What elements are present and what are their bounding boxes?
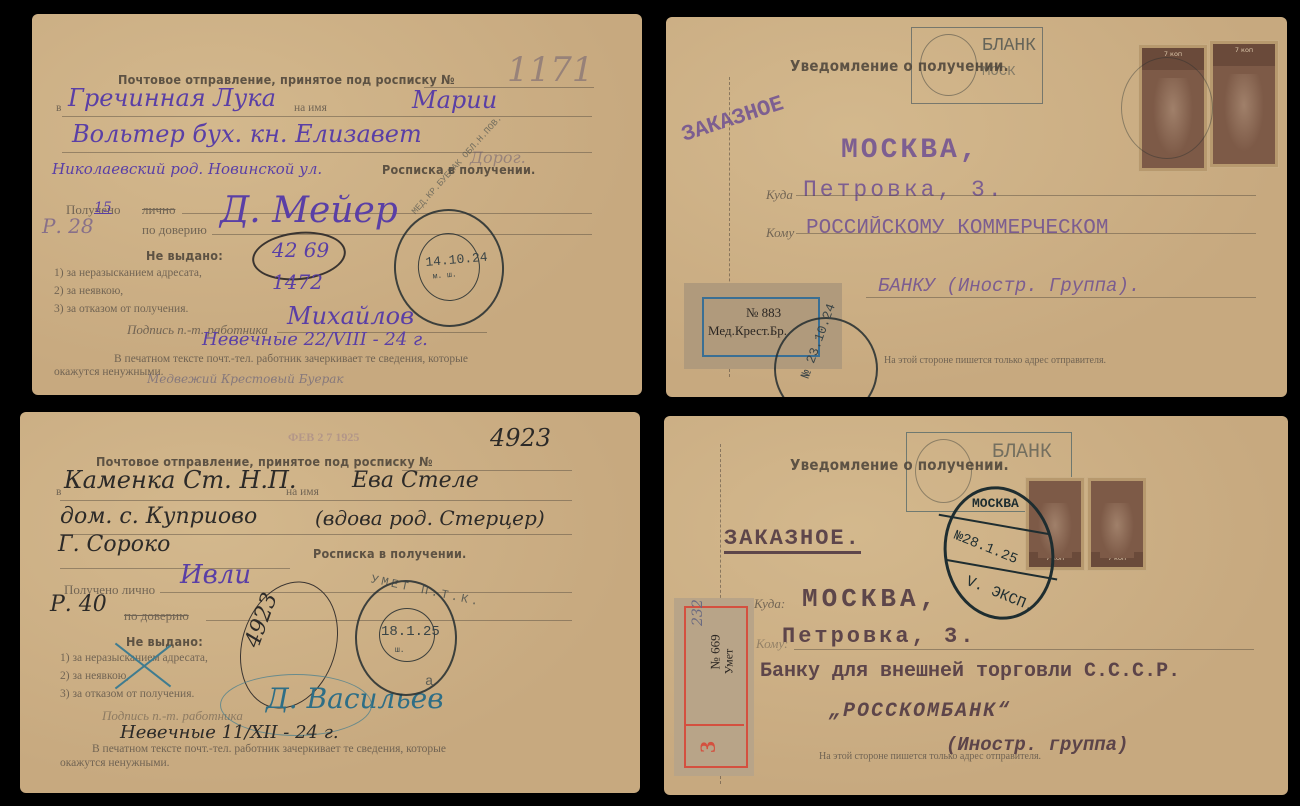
rule xyxy=(160,592,572,593)
reg-number: № 883 xyxy=(746,305,781,321)
reg-office: Мед.Крест.Бр. xyxy=(708,323,787,339)
rule xyxy=(60,500,572,501)
hw-date-line: Невечные 22/VIII - 24 г. xyxy=(202,329,428,350)
not-issued-heading: Не выдано: xyxy=(146,248,223,263)
postmark-letter: а xyxy=(425,674,433,690)
faint-date-stamp: ФЕВ 2 7 1925 xyxy=(288,430,359,445)
hw-1472: 1472 xyxy=(272,270,323,294)
komu-label: Кому: xyxy=(756,636,788,652)
hw-number: 4923 xyxy=(490,424,551,452)
footnote-line2: окажутся ненужными. xyxy=(60,757,170,769)
reason-1: 1) за неразысканием адресата, xyxy=(54,267,202,279)
sender-footnote: На этой стороне пишется только адрес отп… xyxy=(884,355,1106,366)
postage-stamp-2: 7 коп xyxy=(1210,41,1278,167)
hw-line3: Николаевский род. Новинской ул. xyxy=(52,160,322,178)
hw-clerk-signature: Михайлов xyxy=(287,302,414,330)
footnote-line1: В печатном тексте почт.-тел. работник за… xyxy=(114,353,468,365)
moscow-postmark-top: МОСКВА xyxy=(972,496,1019,511)
rule xyxy=(794,649,1254,650)
recipient-line1: РОССИЙСКОМУ КОММЕРЧЕСКОМ xyxy=(806,217,1108,240)
hw-number: 1171 xyxy=(507,50,594,90)
postmark-date: 18.1.25 xyxy=(381,624,440,640)
hw-proxy-signature: Д. Мейер xyxy=(220,190,398,231)
notice-title: Уведомление о получении. xyxy=(790,57,1009,75)
registered-stamp: ЗАКАЗНОЕ. xyxy=(724,526,861,554)
na-imya-label: на имя xyxy=(286,486,319,498)
by-proxy-struck: по доверию xyxy=(124,608,189,624)
reg-office: Умет xyxy=(721,649,736,675)
notice-title: Уведомление о получении. xyxy=(790,456,1009,474)
city: МОСКВА, xyxy=(841,135,980,166)
kuda-label: Куда xyxy=(766,187,793,203)
address: Петровка, 3. xyxy=(803,177,1005,203)
hw-place: Каменка Ст. Н.П. xyxy=(64,466,297,494)
hw-line2b: (вдова род. Стерцер) xyxy=(315,506,545,530)
receipt-heading: Росписка в получении. xyxy=(313,546,467,561)
rule xyxy=(866,297,1256,298)
rule xyxy=(796,233,1256,234)
reason-3: 3) за отказом от получения. xyxy=(54,303,188,315)
city: МОСКВА, xyxy=(802,584,939,614)
sender-footnote: На этой стороне пишется только адрес отп… xyxy=(819,751,1041,762)
footnote-line1: В печатном тексте почт.-тел. работник за… xyxy=(92,743,446,755)
notice-card-2: БЛАНК Уведомление о получении. 7 коп 7 к… xyxy=(664,416,1288,795)
na-imya-label: на имя xyxy=(294,102,327,114)
reason-3: 3) за отказом от получения. xyxy=(60,688,194,700)
hw-rate: Р. 40 xyxy=(50,592,107,617)
prefix-v: в xyxy=(56,486,61,498)
registration-label: № 669 232 Умет З xyxy=(674,598,754,776)
notice-card-1: БЛАНК МОСК Уведомление о получении. ЗАКА… xyxy=(666,17,1287,397)
address: Петровка, 3. xyxy=(782,624,976,649)
hw-line3: Г. Сороко xyxy=(58,532,170,557)
rule xyxy=(60,568,290,569)
receipt-card-2: ФЕВ 2 7 1925 Почтовое отправление, приня… xyxy=(20,412,640,793)
recipient-line2: „РОССКОМБАНК“ xyxy=(829,700,1011,723)
postage-stamp-2: 7 коп xyxy=(1088,478,1146,570)
hw-rate: Р. 28 xyxy=(42,214,94,238)
reg-hw-number: 232 xyxy=(690,599,706,626)
registered-stamp: ЗАКАЗНОЕ xyxy=(679,91,787,147)
not-issued-heading: Не выдано: xyxy=(126,634,203,649)
komu-label: Кому xyxy=(766,225,794,241)
hw-line2: Вольтер бух. кн. Елизавет xyxy=(72,120,422,148)
cancel-text-1: БЛАНК xyxy=(982,36,1036,56)
recipient-line1: Банку для внешней торговли С.С.С.Р. xyxy=(760,660,1180,683)
hw-bottom-note: Медвежий Крестовый Буерак xyxy=(147,372,344,386)
received-struck: лично xyxy=(142,202,175,218)
by-proxy-label: по доверию xyxy=(142,222,207,238)
recipient-line2: БАНКУ (Иностр. Группа). xyxy=(878,275,1140,297)
kuda-label: Куда: xyxy=(754,596,785,612)
hw-line2: дом. с. Куприово xyxy=(60,504,257,529)
hw-date-line: Невечные 11/XII - 24 г. xyxy=(120,722,339,743)
hw-received-signature: Ивли xyxy=(180,560,251,590)
reason-2: 2) за неявкою, xyxy=(54,285,123,297)
rule xyxy=(62,116,592,117)
stamp-cancel xyxy=(1121,57,1213,159)
reg-letter: З xyxy=(695,741,721,753)
receipt-card-1: Почтовое отправление, принятое под роспи… xyxy=(32,14,642,395)
hw-place: Гречинная Лука xyxy=(68,84,276,112)
hw-name: Марии xyxy=(412,86,497,114)
hw-name: Ева Стеле xyxy=(352,468,479,493)
prefix-v: в xyxy=(56,102,61,114)
reason-2: 2) за неявкою, xyxy=(60,670,129,682)
hw-oval-number: 42 69 xyxy=(272,238,329,262)
postmark-sub: ш. xyxy=(395,646,405,655)
hw-rate-sup: 15 xyxy=(94,200,112,216)
rule xyxy=(796,195,1256,196)
